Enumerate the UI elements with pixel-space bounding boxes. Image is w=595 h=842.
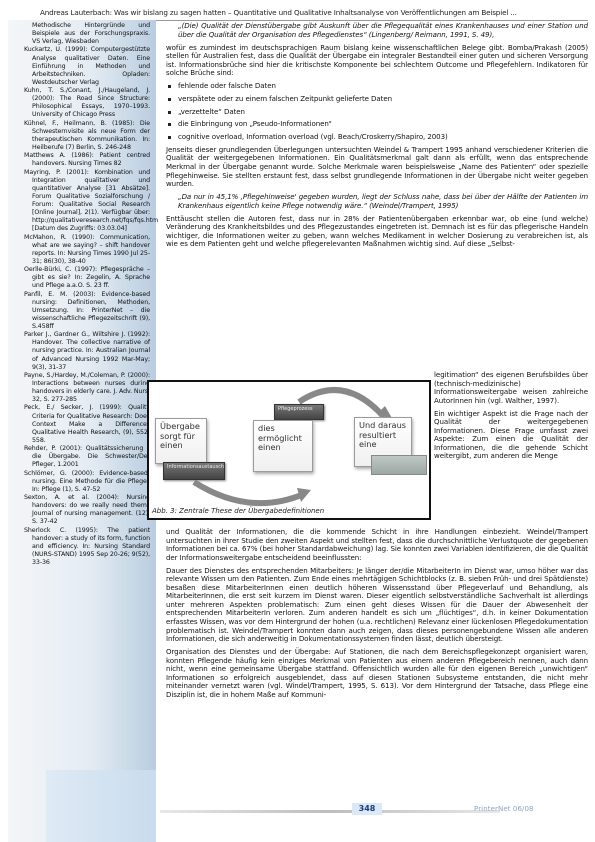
reference-item: Matthews A. (1986): Patient centred hand…: [24, 152, 150, 168]
sidebar-decoration: [46, 770, 156, 842]
figure-caption: Abb. 3: Zentrale These der Übergabedefin…: [152, 507, 324, 515]
reference-item: Kühnel, F., Heilmann, B. (1985): Die Sch…: [24, 120, 150, 152]
list-item: die Einbringung von „Pseudo-Informatione…: [166, 120, 588, 129]
journal-name: PrinterNet 06/08: [474, 805, 534, 813]
reference-item: Oerlle-Bürki, C. (1997): Pflegespräche –…: [24, 266, 150, 290]
reference-item: Kuckartz, U. (1999): Computergestützte A…: [24, 46, 150, 86]
reference-item: Peck, E./ Secker, J. (1999): Quality Cri…: [24, 404, 150, 444]
figure-box-2: dies ermöglicht einen: [253, 420, 313, 472]
figure-dark-text: Informationsaustausch: [167, 464, 224, 470]
reference-item: Kuhn, T. S./Conant, J./Haugeland, J. (20…: [24, 87, 150, 119]
figure-handover-thesis: Übergabe sorgt für einen Informationsaus…: [147, 380, 431, 520]
block-quote: „Da nur in 45,1% ‚Pflegehinweise' gegebe…: [178, 193, 588, 210]
reference-list: Methodische Hintergründe und Beispiele a…: [24, 22, 150, 567]
list-item: cognitive overload, Information overload…: [166, 133, 588, 142]
paragraph: Enttäuscht stellen die Autoren fest, das…: [166, 215, 588, 249]
list-item: „verzettelte“ Daten: [166, 108, 588, 117]
reference-item: Schlömer, G. (2000): Evidence-based-nurs…: [24, 470, 150, 494]
figure-box-text: dies ermöglicht einen: [258, 423, 302, 452]
reference-item: Sexton, A. et al. (2004): Nursing handov…: [24, 494, 150, 526]
block-quote: „(Die) Qualität der Dienstübergabe gibt …: [178, 22, 588, 39]
list-item: verspätete oder zu einem falschen Zeitpu…: [166, 95, 588, 104]
paragraph: Dauer des Dienstes des entsprechenden Mi…: [166, 567, 588, 644]
reference-item: Methodische Hintergründe und Beispiele a…: [24, 22, 150, 46]
footer-rule: [160, 810, 500, 813]
figure-dark-text: Pflegeprozess: [278, 406, 313, 412]
continued-text: und Qualität der Informationen, die die …: [166, 528, 588, 704]
indicator-list: fehlende oder falsche Daten verspätete o…: [166, 82, 588, 141]
reference-item: Payne, S./Hardey, M./Coleman, P. (2000):…: [24, 372, 150, 404]
figure-box-text: Und daraus resultiert eine: [359, 420, 406, 449]
paragraph: wofür es zumindest im deutschsprachigen …: [166, 44, 588, 78]
figure-box-1: Übergabe sorgt für einen: [155, 418, 207, 464]
paragraph: und Qualität der Informationen, die die …: [166, 528, 588, 562]
list-item: fehlende oder falsche Daten: [166, 82, 588, 91]
reference-item: Rehder, P. (2001): Qualitätssicherung – …: [24, 445, 150, 469]
reference-item: Sherlock C. (1995): The patient handover…: [24, 527, 150, 567]
figure-box-text: Übergabe sorgt für einen: [160, 421, 200, 450]
right-column-text: legitimation“ des eigenen Berufsbildes ü…: [434, 371, 588, 465]
reference-item: McMahon, R. (1990): Communication, what …: [24, 234, 150, 266]
paragraph: Organisation des Dienstes und der Überga…: [166, 648, 588, 699]
page-number: 348: [352, 803, 382, 815]
paragraph: Jenseits dieser grundlegenden Überlegung…: [166, 146, 588, 189]
reference-item: Panfil, E. M. (2003): Evidence-based nur…: [24, 291, 150, 331]
running-title: Andreas Lauterbach: Was wir bislang zu s…: [40, 8, 517, 17]
figure-dark-label: Pflegeprozess: [274, 404, 324, 420]
reference-item: Mayring, P. (2001): Kombination und Inte…: [24, 169, 150, 234]
paragraph: legitimation“ des eigenen Berufsbildes ü…: [434, 371, 588, 405]
paragraph: Ein wichtiger Aspekt ist die Frage nach …: [434, 410, 588, 461]
figure-light-label: [371, 455, 427, 475]
main-text: „(Die) Qualität der Dienstübergabe gibt …: [166, 22, 588, 253]
reference-item: Parker J., Gardner G., Wiltshire J. (199…: [24, 331, 150, 371]
figure-dark-label: Informationsaustausch: [163, 462, 225, 480]
